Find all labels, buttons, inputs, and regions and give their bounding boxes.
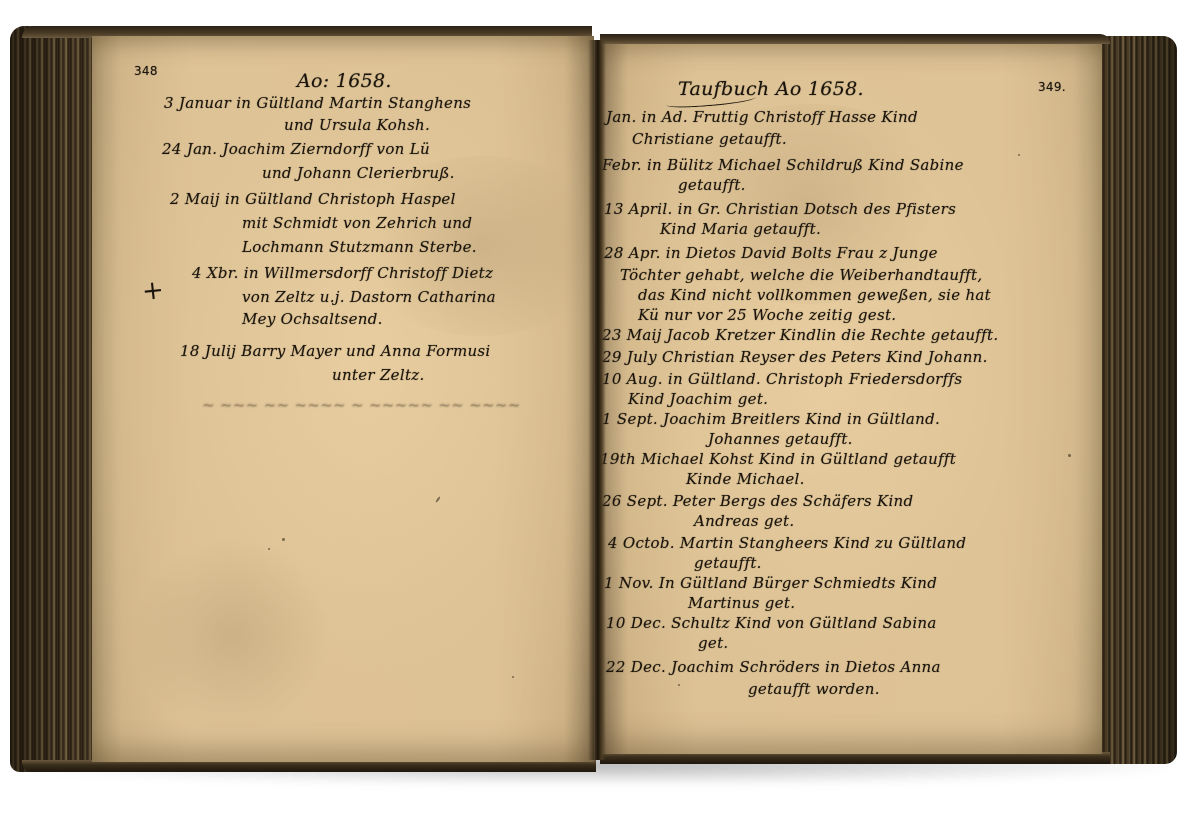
ink-speck [512, 676, 514, 678]
register-entry: 4 Octob. Martin Stangheers Kind zu Gültl… [608, 534, 966, 552]
register-entry: 10 Aug. in Gültland. Christoph Friedersd… [602, 370, 962, 388]
right-page: 349. Taufbuch Ao 1658. Jan. in Ad. Frutt… [598, 44, 1102, 754]
entry-date: 22 Dec. [606, 658, 666, 676]
entry-line: getaufft. [694, 554, 762, 572]
entry-line: in Willmersdorff Christoff Dietz [244, 264, 493, 282]
left-page: 348 Ao: 1658. 3 Januar in Gültland Marti… [92, 36, 594, 762]
entry-line: Kinde Michael. [686, 470, 805, 488]
register-entry: 22 Dec. Joachim Schröders in Dietos Anna [606, 658, 941, 676]
entry-date: 2 Maij [170, 190, 220, 208]
register-entry: Febr. in Bülitz Michael Schildruß Kind S… [602, 156, 964, 174]
entry-line: und Ursula Kohsh. [284, 116, 430, 134]
entry-line: unter Zeltz. [332, 366, 425, 384]
right-top-edge [600, 34, 1110, 44]
entry-date: 23 Maij [602, 326, 662, 344]
entry-line: in Gültland Christoph Haspel [225, 190, 456, 208]
entry-line: Joachim Breitlers Kind in Gültland. [663, 410, 940, 428]
entry-date: 26 Sept. [602, 492, 668, 510]
register-entry: 23 Maij Jacob Kretzer Kindlin die Rechte… [602, 326, 998, 344]
right-fore-edge [1095, 36, 1177, 764]
entry-line: Michael Kohst Kind in Gültland getaufft [641, 450, 956, 468]
entry-line: Mey Ochsaltsend. [242, 310, 383, 328]
entry-date: 13 April. [604, 200, 673, 218]
entry-date: 24 Jan. [162, 140, 217, 158]
entry-date: 1 Sept. [602, 410, 658, 428]
register-entry: 10 Dec. Schultz Kind von Gültland Sabina [606, 614, 937, 632]
open-book: 348 Ao: 1658. 3 Januar in Gültland Marti… [10, 26, 1177, 776]
entry-date: 3 Januar [164, 94, 231, 112]
entry-line: getaufft worden. [748, 680, 880, 698]
entry-date: 18 Julij [180, 342, 236, 360]
entry-date: 4 Xbr. [192, 264, 239, 282]
entry-line: das Kind nicht vollkommen geweßen, sie h… [638, 286, 991, 304]
foxing-stain [132, 536, 332, 736]
entry-line: Kü nur vor 25 Woche zeitig gest. [638, 306, 896, 324]
register-entry: Jan. in Ad. Fruttig Christoff Hasse Kind [606, 108, 918, 126]
entry-date: Febr. [602, 156, 642, 174]
register-entry: 1 Sept. Joachim Breitlers Kind in Gültla… [602, 410, 940, 428]
entry-line: Martinus get. [688, 594, 795, 612]
entry-line: getaufft. [678, 176, 746, 194]
register-entry: 24 Jan. Joachim Zierndorff von Lü [162, 140, 430, 158]
bleed-through-text: ~ ~~~ ~~ ~~~~ ~ ~~~~~ ~~ ~~~~ [202, 396, 521, 414]
entry-line: Barry Mayer und Anna Formusi [241, 342, 490, 360]
entry-line: in Gr. Christian Dotsch des Pfisters [678, 200, 957, 218]
ink-speck [1068, 454, 1071, 457]
entry-line: in Bülitz Michael Schildruß Kind Sabine [647, 156, 964, 174]
register-entry: 19th Michael Kohst Kind in Gültland geta… [600, 450, 956, 468]
register-entry: 4 Xbr. in Willmersdorff Christoff Dietz [192, 264, 493, 282]
entry-line: Christian Reyser des Peters Kind Johann. [662, 348, 988, 366]
ink-speck [202, 152, 205, 155]
register-entry: 28 Apr. in Dietos David Bolts Frau z Jun… [604, 244, 938, 262]
entry-line: in Dietos David Bolts Frau z Junge [666, 244, 938, 262]
entry-line: get. [698, 634, 728, 652]
entry-line: Joachim Schröders in Dietos Anna [671, 658, 941, 676]
entry-date: 10 Aug. [602, 370, 663, 388]
entry-date: 28 Apr. [604, 244, 661, 262]
entry-line: Schultz Kind von Gültland Sabina [671, 614, 937, 632]
entry-date: 10 Dec. [606, 614, 666, 632]
entry-line: Christiane getaufft. [632, 130, 787, 148]
margin-cross-mark: + [140, 275, 165, 307]
entry-line: Jacob Kretzer Kindlin die Rechte getauff… [667, 326, 999, 344]
entry-line: Johannes getaufft. [708, 430, 853, 448]
book-photograph: 348 Ao: 1658. 3 Januar in Gültland Marti… [0, 0, 1200, 821]
register-entry: 2 Maij in Gültland Christoph Haspel [170, 190, 456, 208]
book-gutter [588, 40, 606, 760]
register-entry: 29 July Christian Reyser des Peters Kind… [602, 348, 988, 366]
entry-line: Andreas get. [694, 512, 794, 530]
entry-line: Kind Maria getaufft. [660, 220, 821, 238]
entry-line: In Gültland Bürger Schmiedts Kind [659, 574, 937, 592]
ink-speck [1018, 154, 1020, 156]
entry-line: Lochmann Stutzmann Sterbe. [242, 238, 477, 256]
entry-line: und Johann Clerierbruß. [262, 164, 455, 182]
register-entry: 26 Sept. Peter Bergs des Schäfers Kind [602, 492, 913, 510]
entry-line: Joachim Zierndorff von Lü [222, 140, 430, 158]
page-heading: Ao: 1658. [297, 70, 392, 92]
entry-line: von Zeltz u.j. Dastorn Catharina [242, 288, 496, 306]
entry-date: 1 Nov. [604, 574, 654, 592]
entry-line: in Gültland. Christoph Friedersdorffs [668, 370, 962, 388]
register-entry: 1 Nov. In Gültland Bürger Schmiedts Kind [604, 574, 937, 592]
entry-line: in Ad. Fruttig Christoff Hasse Kind [642, 108, 918, 126]
ink-speck [435, 496, 441, 503]
ink-speck [282, 538, 285, 541]
entry-date: 4 Octob. [608, 534, 675, 552]
ink-speck [678, 684, 680, 686]
entry-line: mit Schmidt von Zehrich und [242, 214, 472, 232]
entry-line: in Gültland Martin Stanghens [236, 94, 471, 112]
left-fore-edge [10, 26, 102, 772]
entry-line: Peter Bergs des Schäfers Kind [673, 492, 914, 510]
register-entry: 3 Januar in Gültland Martin Stanghens [164, 94, 471, 112]
register-entry: 18 Julij Barry Mayer und Anna Formusi [180, 342, 491, 360]
folio-number: 349. [1038, 80, 1066, 94]
entry-line: Töchter gehabt, welche die Weiberhandtau… [620, 266, 982, 284]
entry-line: Kind Joachim get. [628, 390, 768, 408]
entry-line: Martin Stangheers Kind zu Gültland [680, 534, 966, 552]
ink-speck [268, 548, 270, 550]
entry-date: Jan. [606, 108, 637, 126]
entry-date: 29 July [602, 348, 657, 366]
folio-number: 348 [134, 64, 158, 78]
register-entry: 13 April. in Gr. Christian Dotsch des Pf… [604, 200, 956, 218]
